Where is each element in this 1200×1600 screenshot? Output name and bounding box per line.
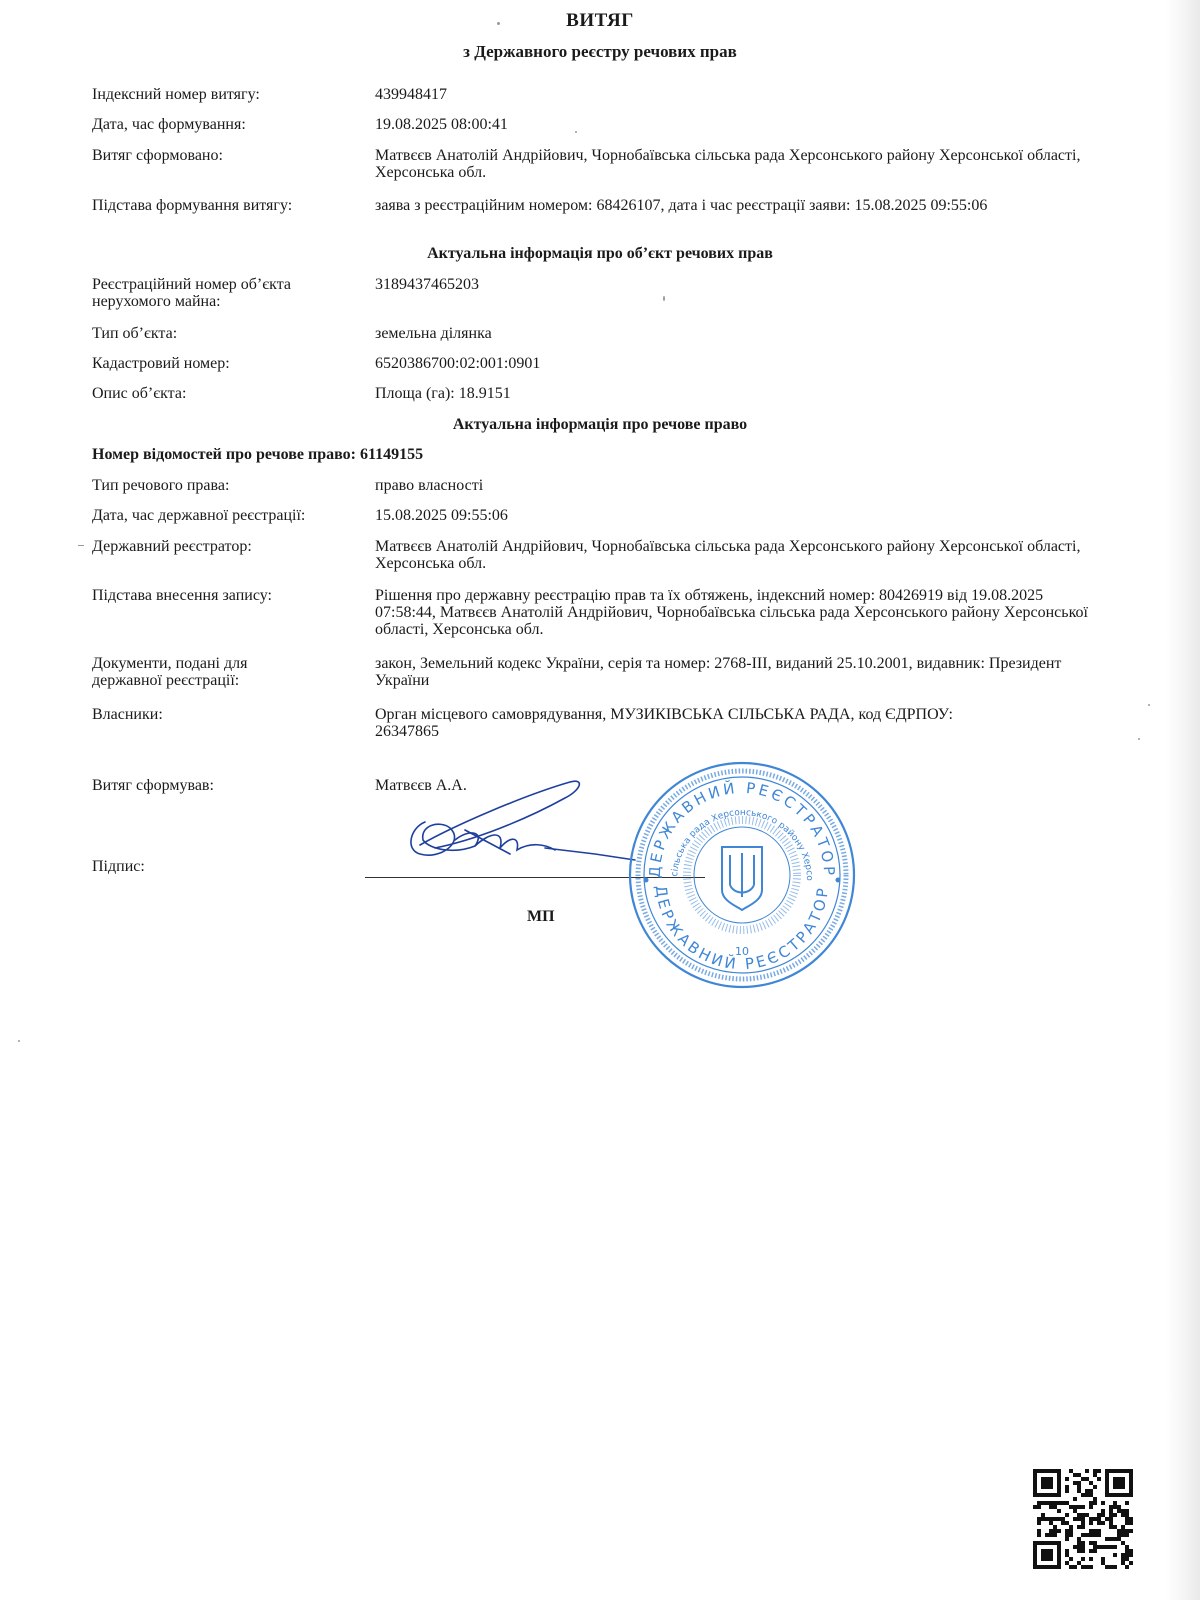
field-label: Витяг сформував: xyxy=(92,777,362,794)
scan-speck xyxy=(78,545,84,546)
field-value: право власності xyxy=(375,477,1095,494)
field-label: Державний реєстратор: xyxy=(92,538,362,555)
field-label: Дата, час державної реєстрації: xyxy=(92,507,382,524)
field-label: Кадастровий номер: xyxy=(92,355,362,372)
right-section-heading: Актуальна інформація про речове право xyxy=(0,416,1200,434)
field-label: Індексний номер витягу: xyxy=(92,86,362,103)
field-value: земельна ділянка xyxy=(375,325,1095,342)
field-label: Власники: xyxy=(92,706,362,723)
field-label: Опис об’єкта: xyxy=(92,385,362,402)
field-label: Документи, подані для державної реєстрац… xyxy=(92,655,292,689)
document-title: ВИТЯГ xyxy=(0,10,1200,32)
object-section-heading: Актуальна інформація про об’єкт речових … xyxy=(0,245,1200,263)
qr-code xyxy=(1033,1469,1133,1569)
scan-page-edge xyxy=(1166,0,1200,1600)
field-value: Орган місцевого самоврядування, МУЗИКІВС… xyxy=(375,706,1015,740)
scan-speck xyxy=(663,296,665,301)
svg-text:Чорнобаївська сільська рада Хе: Чорнобаївська сільська рада Херсонського… xyxy=(622,755,814,881)
scan-speck xyxy=(18,1040,20,1042)
field-label: Тип об’єкта: xyxy=(92,325,362,342)
field-value: Рішення про державну реєстрацію прав та … xyxy=(375,587,1095,638)
scan-speck xyxy=(575,131,577,133)
right-record-number: Номер відомостей про речове право: 61149… xyxy=(92,446,423,464)
seal-mark: МП xyxy=(527,908,555,926)
field-label: Витяг сформовано: xyxy=(92,147,362,164)
field-value: 439948417 xyxy=(375,86,1095,103)
field-value: закон, Земельний кодекс України, серія т… xyxy=(375,655,1095,689)
field-label: Підстава формування витягу: xyxy=(92,197,362,214)
scan-speck xyxy=(497,22,500,25)
field-label: Реєстраційний номер об’єкта нерухомого м… xyxy=(92,276,362,310)
field-value: Матвєєв Анатолій Андрійович, Чорнобаївсь… xyxy=(375,147,1095,181)
field-value: 19.08.2025 08:00:41 xyxy=(375,116,1095,133)
field-label: Тип речового права: xyxy=(92,477,362,494)
field-value: 3189437465203 xyxy=(375,276,1095,293)
field-value: Матвєєв Анатолій Андрійович, Чорнобаївсь… xyxy=(375,538,1095,572)
field-value: 15.08.2025 09:55:06 xyxy=(375,507,1095,524)
field-label: Підпис: xyxy=(92,858,362,875)
field-value: 6520386700:02:001:0901 xyxy=(375,355,1095,372)
official-stamp: ДЕРЖАВНИЙ РЕЄСТРАТОР ДЕРЖАВНИЙ РЕЄСТРАТО… xyxy=(622,755,862,995)
svg-text:10: 10 xyxy=(735,945,749,958)
field-label: Дата, час формування: xyxy=(92,116,362,133)
document-subtitle: з Державного реєстру речових прав xyxy=(0,42,1200,62)
scan-speck xyxy=(1138,738,1140,740)
field-value: Площа (га): 18.9151 xyxy=(375,385,1095,402)
scan-speck xyxy=(1148,704,1150,706)
field-value: заява з реєстраційним номером: 68426107,… xyxy=(375,197,1095,214)
svg-text:ДЕРЖАВНИЙ РЕЄСТРАТОР: ДЕРЖАВНИЙ РЕЄСТРАТОР xyxy=(652,884,832,973)
field-label: Підстава внесення запису: xyxy=(92,587,362,604)
